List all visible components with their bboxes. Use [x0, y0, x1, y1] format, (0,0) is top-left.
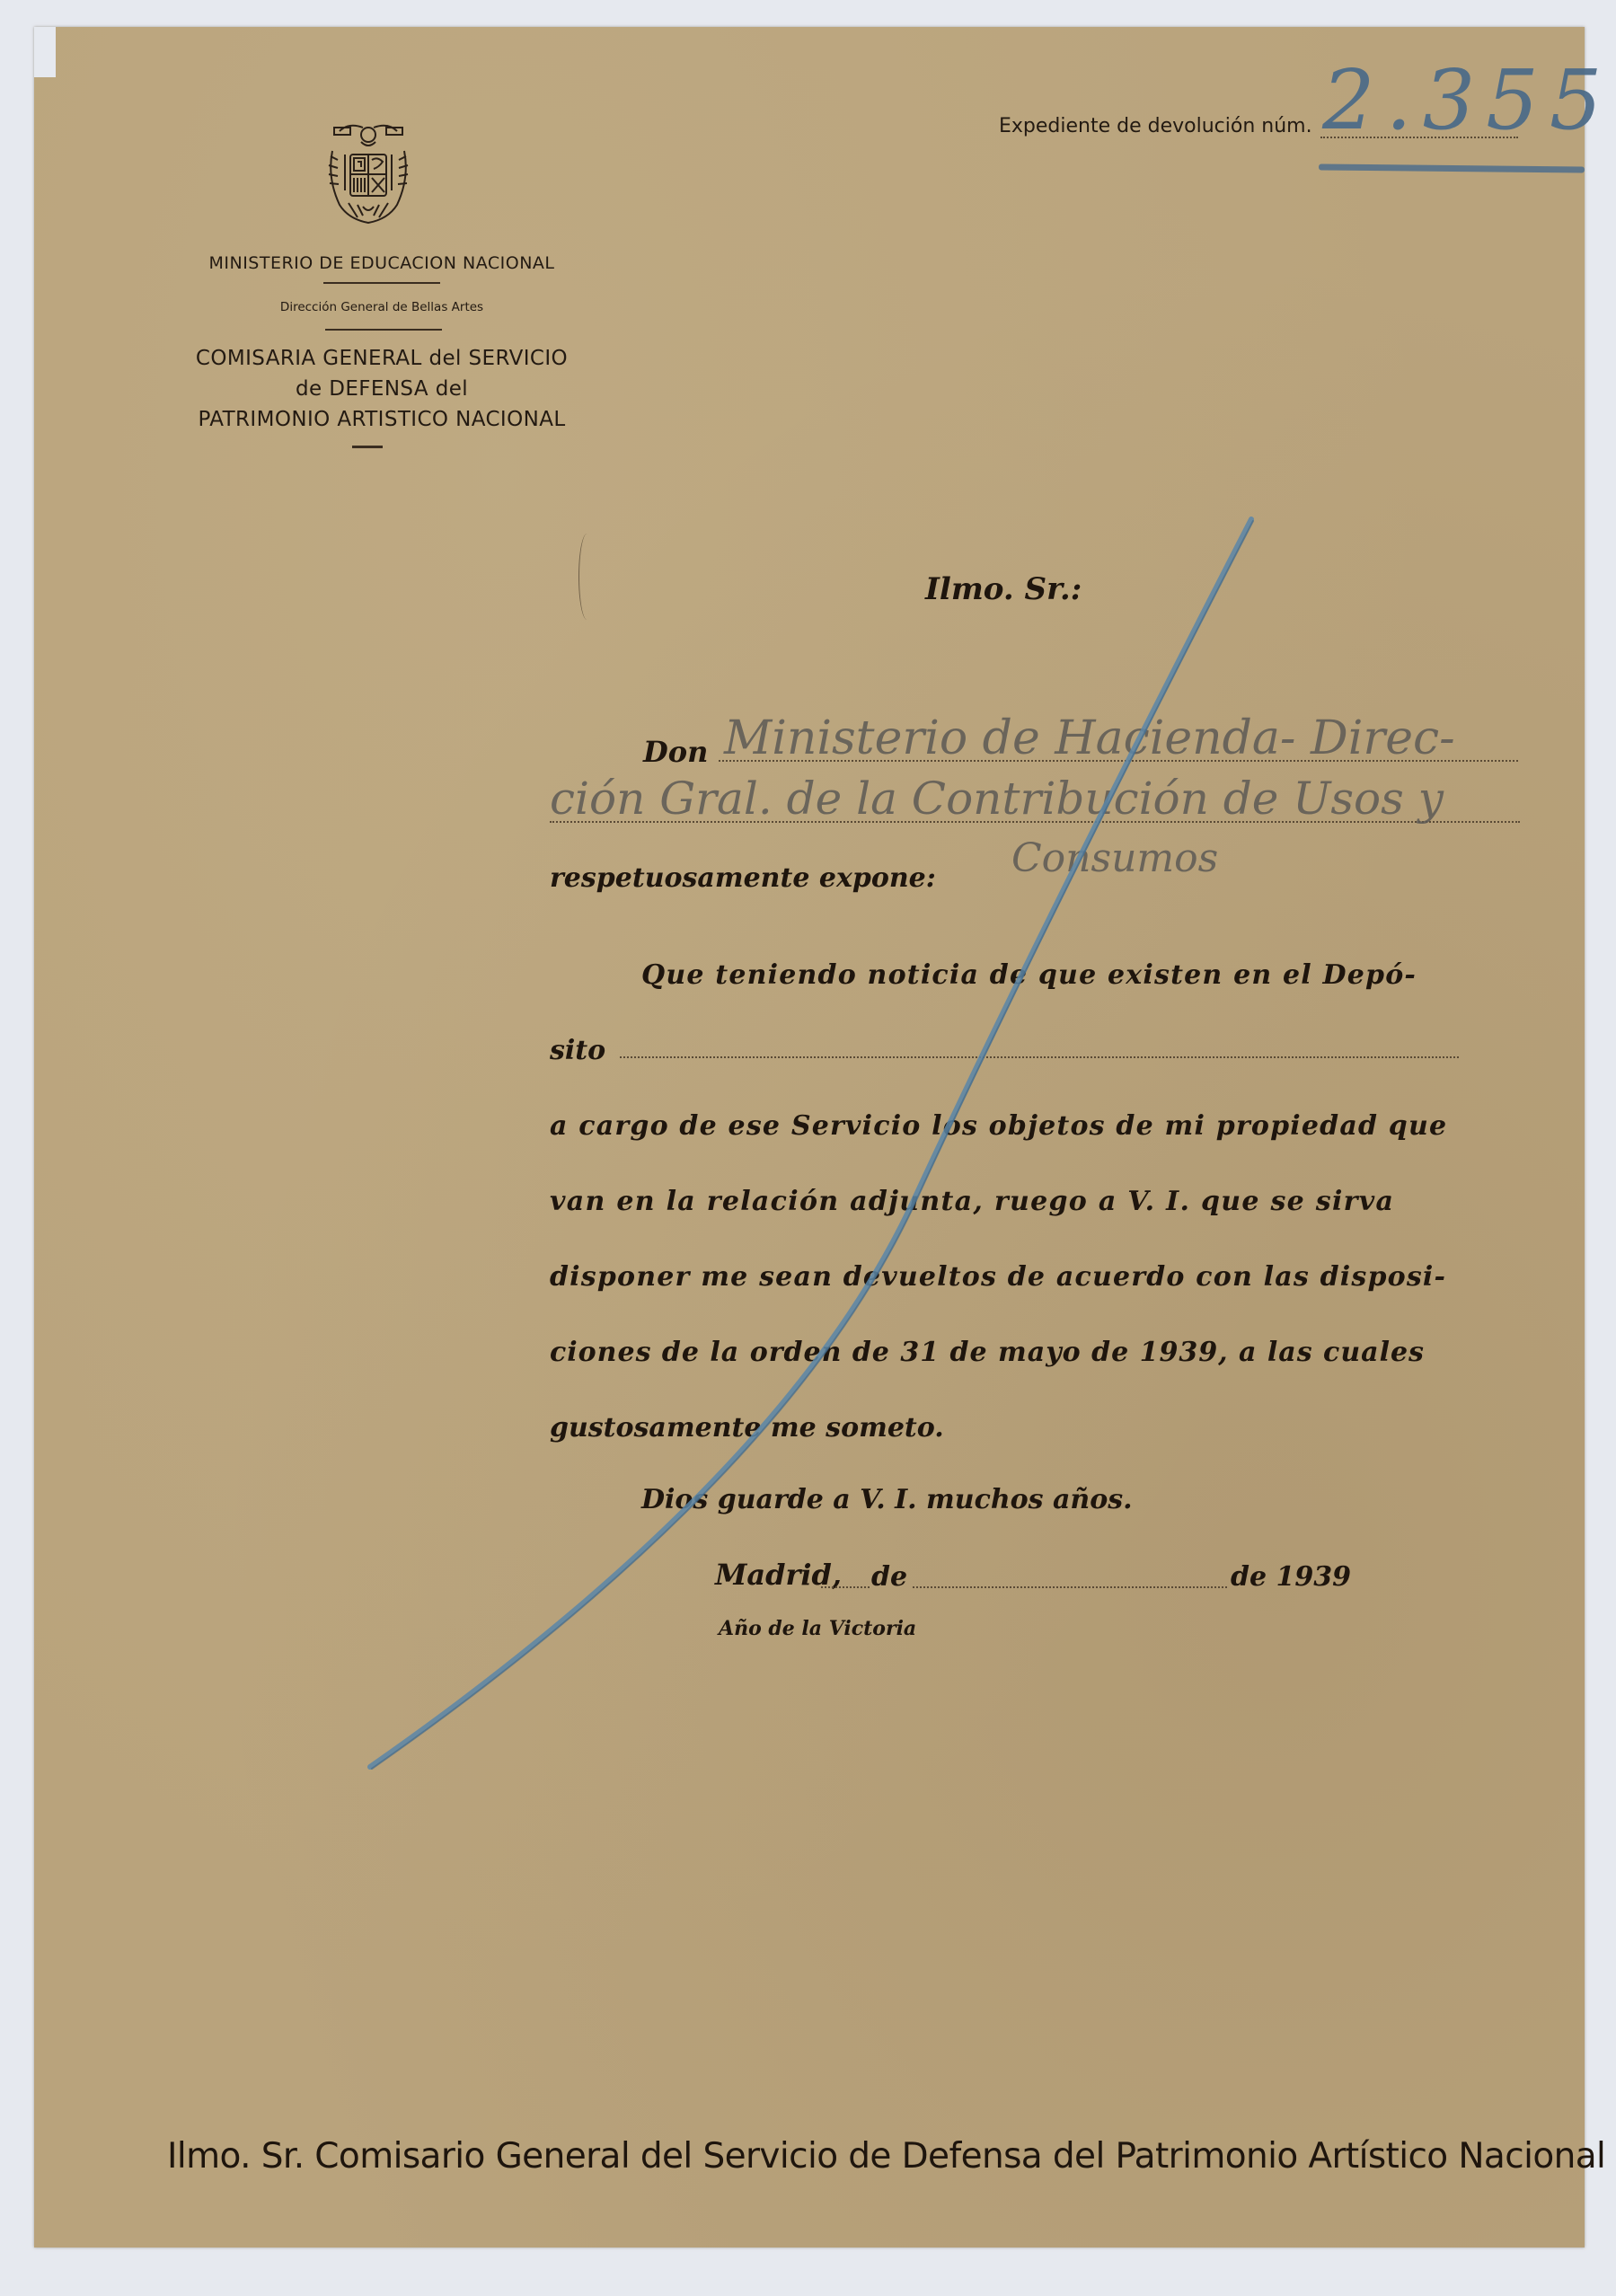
footer-addressee: Ilmo. Sr. Comisario General del Servicio… — [167, 2136, 1605, 2177]
blue-pencil-strike — [0, 0, 1616, 2296]
